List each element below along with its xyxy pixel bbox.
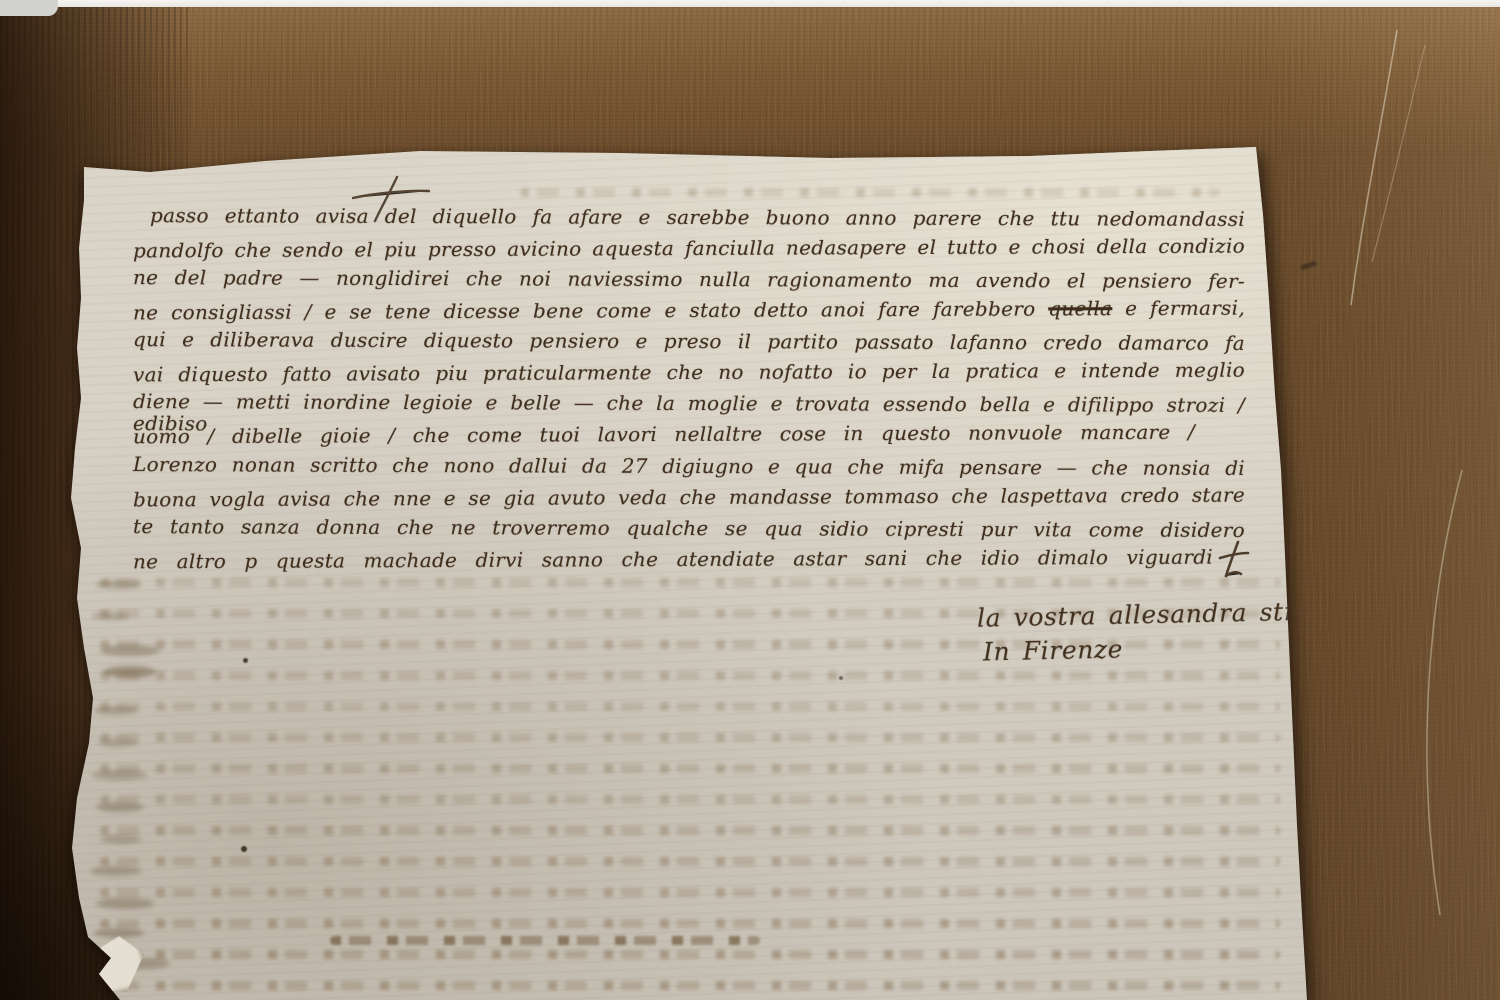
manuscript-line: passo ettanto avisa del diquello fa afar… <box>150 204 1245 230</box>
struck-word: quella <box>1048 296 1112 320</box>
signature-place: In Firenze <box>983 637 1124 665</box>
manuscript-line: ne consigliassi / e se tene dicesse bene… <box>133 297 1245 324</box>
verso-bleedthrough-line <box>100 578 1280 587</box>
line-text: ne consigliassi / e se tene dicesse bene… <box>133 296 1036 324</box>
manuscript-line: qui e diliberava duscire diquesto pensie… <box>133 328 1245 354</box>
verso-bleedthrough-line <box>100 919 1280 928</box>
verso-bleedthrough-line <box>520 188 1220 197</box>
ink-smudge <box>98 738 138 747</box>
ink-smudge <box>92 770 147 780</box>
verso-bleedthrough-line <box>100 826 1280 835</box>
ink-smudge <box>96 580 142 589</box>
verso-bleedthrough-line <box>100 764 1280 773</box>
verso-bleedthrough-line <box>100 981 1280 990</box>
ink-speck <box>241 846 247 852</box>
ink-smudge <box>104 666 156 678</box>
ink-smudge <box>96 802 144 812</box>
verso-bleedthrough-line <box>100 857 1280 866</box>
manuscript-line: vai diquesto fatto avisato piu praticula… <box>133 359 1245 386</box>
manuscript-line: te tanto sanza donna che ne troverremo q… <box>133 515 1245 541</box>
manuscript-line: pandolfo che sendo el piu presso avicino… <box>133 235 1245 262</box>
manuscript-line: buona vogla avisa che nne e se gia avuto… <box>133 484 1245 511</box>
closing-cross-mark <box>1220 542 1248 576</box>
ink-smudge <box>92 612 130 620</box>
manuscript-line: ne altro p questa machade dirvi sanno ch… <box>133 546 1213 573</box>
verso-bleedthrough-line <box>100 888 1280 897</box>
photo-of-manuscript: passo ettanto avisa del diquello fa afar… <box>0 0 1500 1000</box>
manuscript-line: uomo / dibelle gioie / che come tuoi lav… <box>133 421 1195 448</box>
ink-smudge <box>100 835 142 844</box>
verso-bleedthrough-line <box>100 795 1280 804</box>
paper-shadow: passo ettanto avisa del diquello fa afar… <box>0 0 1500 1000</box>
manuscript-paper: passo ettanto avisa del diquello fa afar… <box>0 0 1500 1000</box>
verso-bleedthrough-line <box>330 936 760 945</box>
ink-speck <box>839 676 843 680</box>
ink-smudge <box>100 645 160 656</box>
ink-smudge <box>94 706 138 715</box>
signature-name: la vostra allesandra strozi <box>977 598 1335 630</box>
line-text: e fermarsi, <box>1125 296 1245 321</box>
ink-smudge <box>90 866 142 876</box>
ink-speck <box>243 658 248 663</box>
ink-smudge <box>96 898 154 909</box>
verso-bleedthrough-line <box>100 733 1280 742</box>
manuscript-line: Lorenzo nonan scritto che nono dallui da… <box>133 453 1245 479</box>
verso-bleedthrough-line <box>100 950 1280 959</box>
verso-bleedthrough-line <box>100 702 1280 711</box>
verso-bleedthrough-line <box>100 671 1280 680</box>
manuscript-line: ne del padre — nonglidirei che noi navie… <box>133 266 1245 292</box>
